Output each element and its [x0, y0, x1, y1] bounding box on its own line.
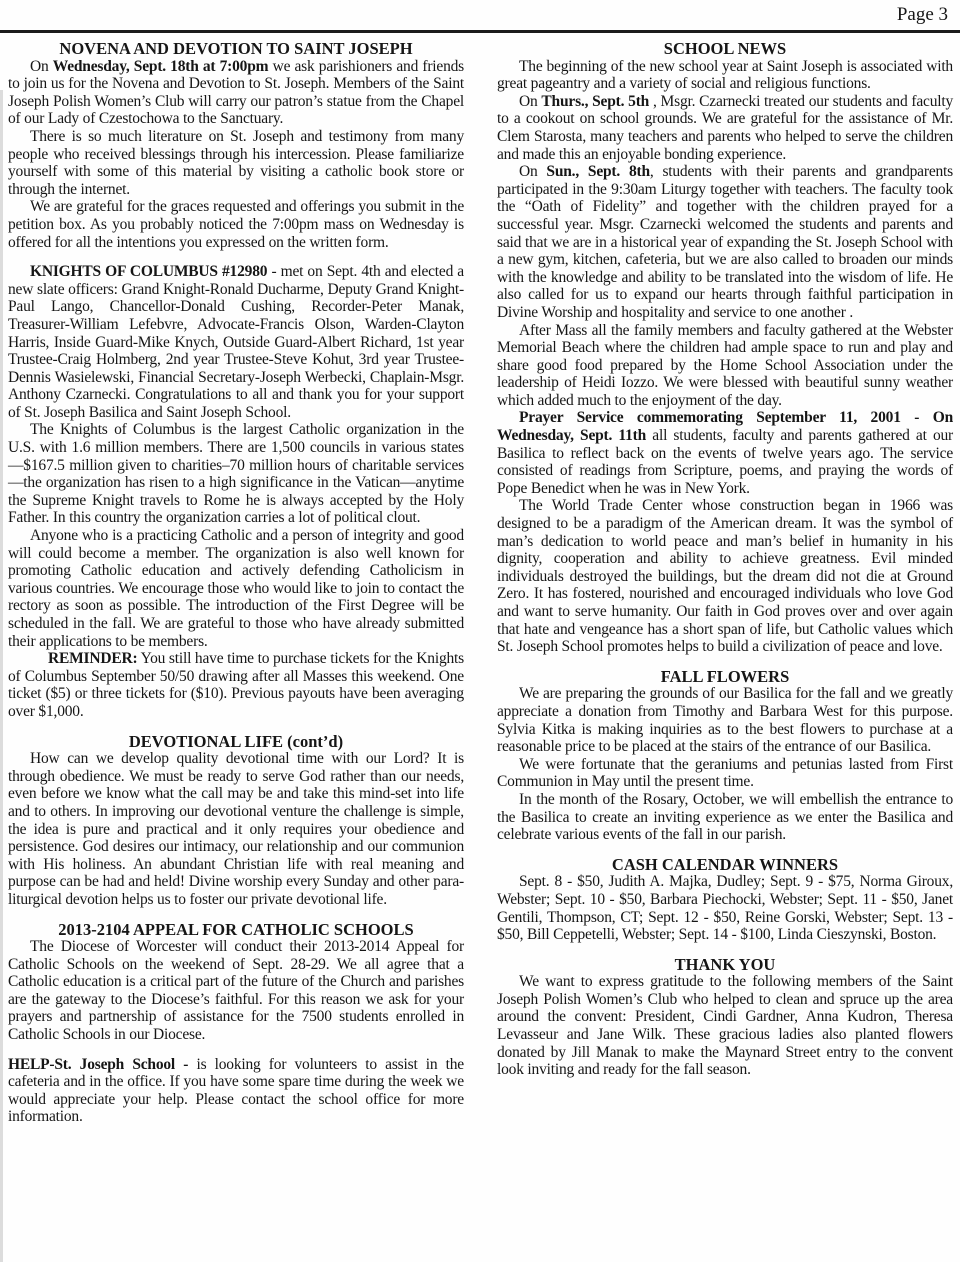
- paragraph-prayer-service: Prayer Service commemorating September 1…: [497, 409, 953, 497]
- section-heading-school-news: SCHOOL NEWS: [497, 40, 953, 58]
- paragraph: The Knights of Columbus is the largest C…: [8, 421, 464, 527]
- paragraph: KNIGHTS OF COLUMBUS #12980 - met on Sept…: [8, 263, 464, 421]
- section-appeal-catholic-schools: 2013-2104 APPEAL FOR CATHOLIC SCHOOLS Th…: [8, 921, 464, 1044]
- section-novena: NOVENA AND DEVOTION TO SAINT JOSEPH On W…: [8, 40, 464, 251]
- paragraph: There is so much literature on St. Josep…: [8, 128, 464, 198]
- paragraph: The Diocese of Worcester will conduct th…: [8, 938, 464, 1044]
- text-run: On: [519, 163, 546, 180]
- paragraph: Sept. 8 - $50, Judith A. Majka, Dudley; …: [497, 873, 953, 943]
- section-thank-you: THANK YOU We want to express gratitude t…: [497, 956, 953, 1079]
- text-run: - met on Sept. 4th and elected a new sla…: [8, 263, 464, 421]
- paragraph: Anyone who is a practicing Catholic and …: [8, 527, 464, 650]
- text-run: On: [519, 93, 541, 110]
- paragraph: We are grateful for the graces requested…: [8, 198, 464, 251]
- paragraph: After Mass all the family members and fa…: [497, 322, 953, 410]
- section-heading-fall-flowers: FALL FLOWERS: [497, 668, 953, 686]
- bold-text-run: Sun., Sept. 8th: [546, 163, 649, 180]
- paragraph: We are preparing the grounds of our Basi…: [497, 685, 953, 755]
- paragraph: On Wednesday, Sept. 18th at 7:00pm we as…: [8, 58, 464, 128]
- paragraph: The World Trade Center whose constructio…: [497, 497, 953, 655]
- right-column: SCHOOL NEWS The beginning of the new sch…: [497, 40, 953, 1126]
- paragraph: We want to express gratitude to the foll…: [497, 973, 953, 1079]
- section-cash-calendar-winners: CASH CALENDAR WINNERS Sept. 8 - $50, Jud…: [497, 856, 953, 944]
- section-heading-appeal: 2013-2104 APPEAL FOR CATHOLIC SCHOOLS: [8, 921, 464, 939]
- bold-text-run: REMINDER:: [48, 650, 137, 667]
- section-school-news: SCHOOL NEWS The beginning of the new sch…: [497, 40, 953, 656]
- section-heading-cash-calendar: CASH CALENDAR WINNERS: [497, 856, 953, 874]
- bold-text-run: HELP-St. Joseph School -: [8, 1056, 188, 1073]
- section-devotional-life: DEVOTIONAL LIFE (cont’d) How can we deve…: [8, 733, 464, 909]
- text-run: , students with their parents and grandp…: [497, 163, 953, 321]
- bold-text-run: Wednesday, Sept. 18th at 7:00pm: [53, 58, 269, 75]
- paragraph-reminder: REMINDER: You still have time to purchas…: [8, 650, 464, 720]
- paragraph: On Sun., Sept. 8th, students with their …: [497, 163, 953, 321]
- bold-text-run: Thurs., Sept. 5th: [541, 93, 649, 110]
- page-number: Page 3: [897, 4, 948, 26]
- two-column-layout: NOVENA AND DEVOTION TO SAINT JOSEPH On W…: [8, 40, 953, 1126]
- paragraph: HELP-St. Joseph School - is looking for …: [8, 1056, 464, 1126]
- paragraph: The beginning of the new school year at …: [497, 58, 953, 93]
- text-run: On: [30, 58, 53, 75]
- left-column: NOVENA AND DEVOTION TO SAINT JOSEPH On W…: [8, 40, 464, 1126]
- section-help-school: HELP-St. Joseph School - is looking for …: [8, 1056, 464, 1126]
- paragraph: How can we develop quality devotional ti…: [8, 750, 464, 908]
- paragraph: We were fortunate that the geraniums and…: [497, 756, 953, 791]
- section-fall-flowers: FALL FLOWERS We are preparing the ground…: [497, 668, 953, 844]
- bulletin-page: Page 3 NOVENA AND DEVOTION TO SAINT JOSE…: [0, 0, 960, 1262]
- section-knights-of-columbus: KNIGHTS OF COLUMBUS #12980 - met on Sept…: [8, 263, 464, 720]
- header-rule: [0, 30, 960, 33]
- bold-text-run: KNIGHTS OF COLUMBUS #12980: [30, 263, 267, 280]
- paragraph: On Thurs., Sept. 5th , Msgr. Czarnecki t…: [497, 93, 953, 163]
- scan-edge-artifact: [0, 90, 3, 1262]
- section-heading-devotional-life: DEVOTIONAL LIFE (cont’d): [8, 733, 464, 751]
- section-heading-thank-you: THANK YOU: [497, 956, 953, 974]
- section-heading-novena: NOVENA AND DEVOTION TO SAINT JOSEPH: [8, 40, 464, 58]
- paragraph: In the month of the Rosary, October, we …: [497, 791, 953, 844]
